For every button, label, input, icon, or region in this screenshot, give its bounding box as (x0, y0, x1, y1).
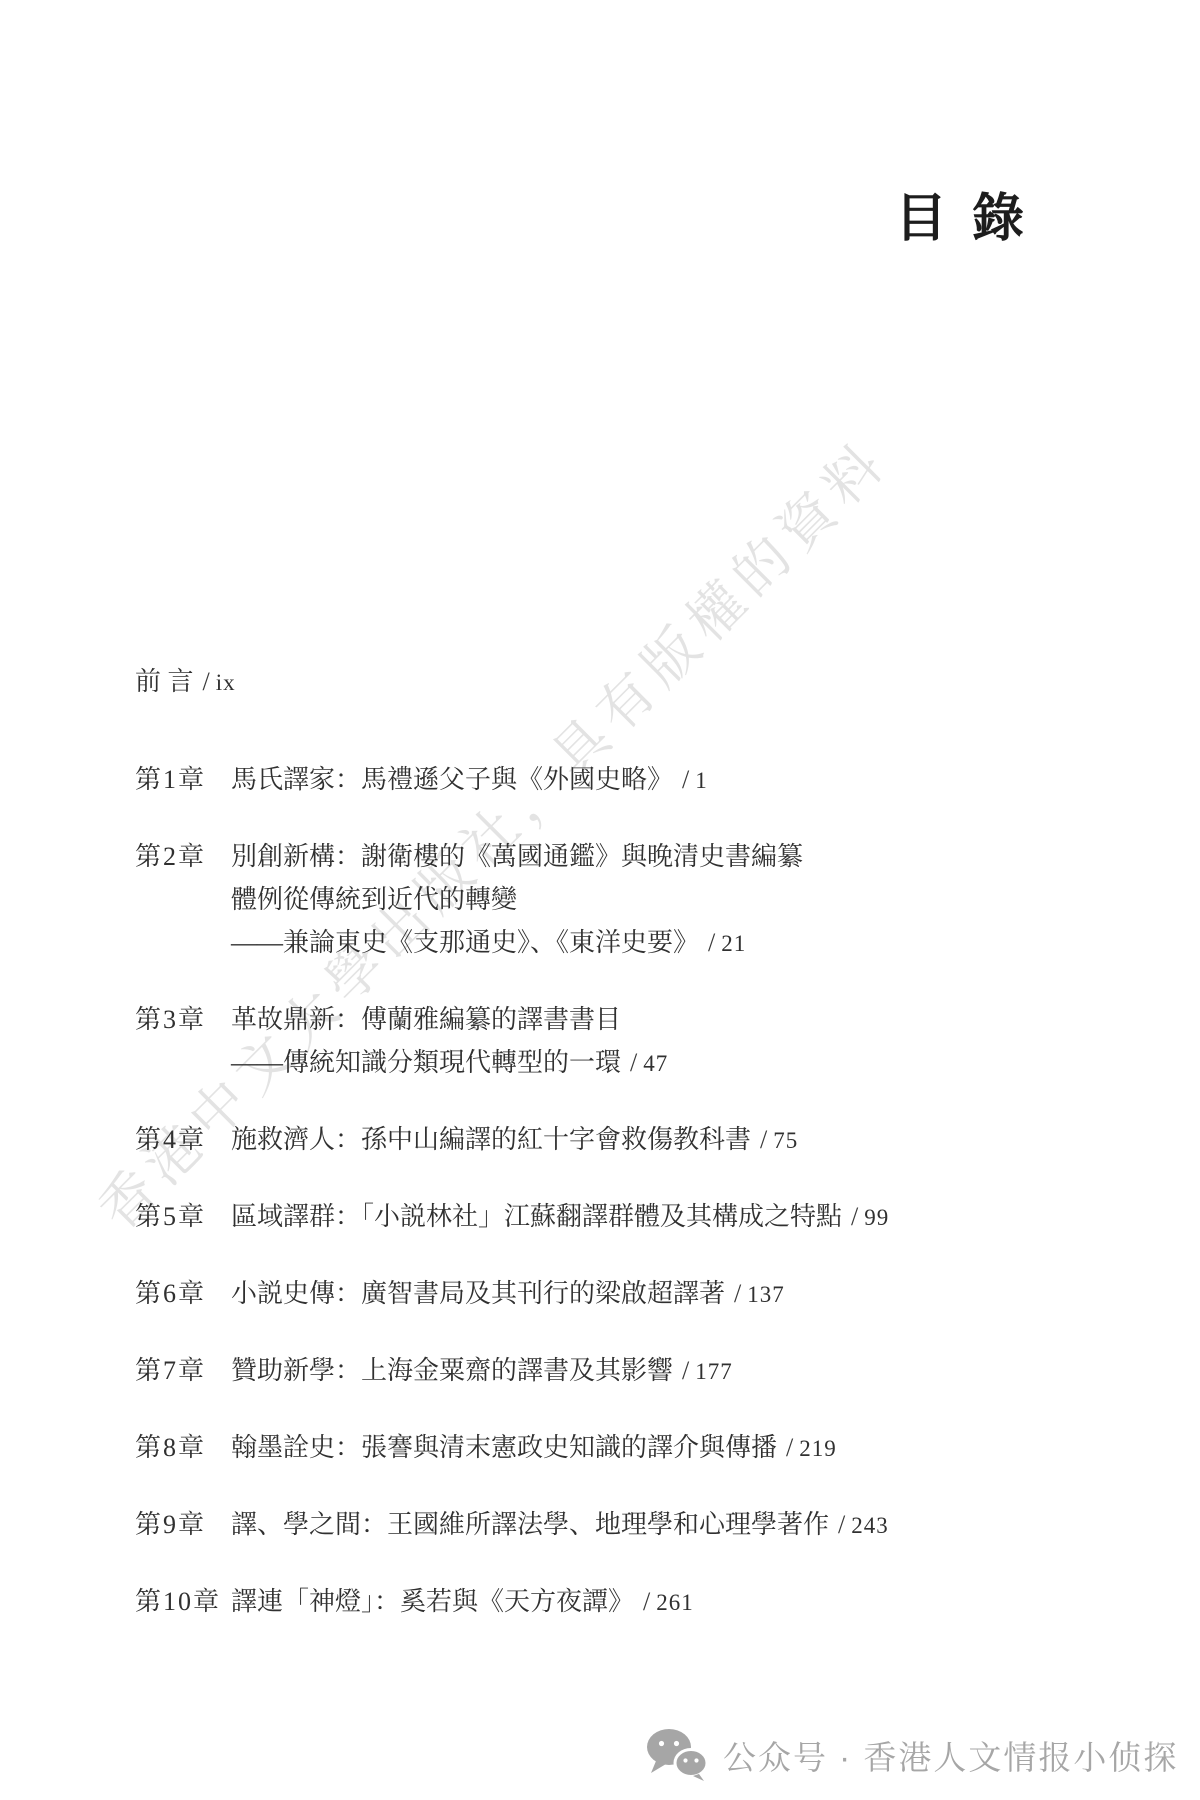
toc-entry-ch9: 第9章 譯、學之間：王國維所譯法學、地理學和心理學著作/243 (135, 1503, 915, 1547)
page-separator: / (203, 667, 210, 696)
toc-entry-ch7: 第7章 贊助新學：上海金粟齋的譯書及其影響/177 (135, 1349, 915, 1393)
page-separator: / (838, 1510, 845, 1539)
page-separator: / (734, 1279, 741, 1308)
chapter-title: 革故鼎新：傅蘭雅編纂的譯書書目 ——傳統知識分類現代轉型的一環/47 (231, 998, 915, 1085)
chapter-title: 施救濟人：孫中山編譯的紅十字會救傷教科書/75 (231, 1118, 915, 1162)
toc-entry-ch2: 第2章 別創新構：謝衛樓的《萬國通鑑》與晚清史書編纂 體例從傳統到近代的轉變 —… (135, 835, 915, 965)
chapter-subtitle-text: ——傳統知識分類現代轉型的一環 (231, 1048, 621, 1077)
chapter-label: 第5章 (135, 1195, 231, 1239)
page-number: 219 (799, 1436, 837, 1461)
wechat-icon (646, 1728, 708, 1782)
page-number: 21 (721, 931, 746, 956)
toc-entry-ch5: 第5章 區域譯群：「小説林社」江蘇翻譯群體及其構成之特點/99 (135, 1195, 915, 1239)
chapter-title-text: 馬氏譯家：馬禮遜父子與《外國史略》 (231, 765, 673, 794)
page-number: 47 (643, 1051, 668, 1076)
page-separator: / (682, 765, 689, 794)
table-of-contents: 前 言/ix 第1章 馬氏譯家：馬禮遜父子與《外國史略》/1 第2章 別創新構：… (135, 660, 915, 1657)
chapter-label: 第1章 (135, 758, 231, 802)
page-number: ix (216, 670, 236, 695)
page-separator: / (708, 928, 715, 957)
chapter-label: 第9章 (135, 1503, 231, 1547)
page-separator: / (630, 1048, 637, 1077)
chapter-label: 第4章 (135, 1118, 231, 1162)
chapter-title: 贊助新學：上海金粟齋的譯書及其影響/177 (231, 1349, 915, 1393)
chapter-title: 翰墨詮史：張謇與清末憲政史知識的譯介與傳播/219 (231, 1426, 915, 1470)
chapter-label: 第6章 (135, 1272, 231, 1316)
chapter-title-text: 區域譯群：「小説林社」江蘇翻譯群體及其構成之特點 (231, 1202, 842, 1231)
page-separator: / (760, 1125, 767, 1154)
toc-entry-preface: 前 言/ix (135, 660, 915, 704)
chapter-title: 譯、學之間：王國維所譯法學、地理學和心理學著作/243 (231, 1503, 915, 1547)
page-number: 243 (851, 1513, 889, 1538)
page-number: 261 (656, 1590, 694, 1615)
chapter-title-text: 譯、學之間：王國維所譯法學、地理學和心理學著作 (231, 1510, 829, 1539)
scanned-toc-page: 目 錄 香港中文大學出版社，具有版權的資料 前 言/ix 第1章 馬氏譯家：馬禮… (0, 0, 1200, 1800)
chapter-title: 小説史傳：廣智書局及其刊行的梁啟超譯著/137 (231, 1272, 915, 1316)
chapter-title-text: 贊助新學：上海金粟齋的譯書及其影響 (231, 1356, 673, 1385)
chapter-title: 譯連「神燈」：奚若與《天方夜譚》/261 (231, 1580, 915, 1624)
toc-entry-ch4: 第4章 施救濟人：孫中山編譯的紅十字會救傷教科書/75 (135, 1118, 915, 1162)
page-number: 99 (864, 1205, 889, 1230)
chapter-title-text: 別創新構：謝衛樓的《萬國通鑑》與晚清史書編纂 (231, 835, 915, 878)
footer-text: 公众号 · 香港人文情报小侦探 (723, 1732, 1178, 1779)
page-title: 目 錄 (895, 194, 1030, 246)
page-separator: / (786, 1433, 793, 1462)
chapter-label: 第3章 (135, 998, 231, 1085)
page-number: 75 (773, 1128, 798, 1153)
toc-entry-ch1: 第1章 馬氏譯家：馬禮遜父子與《外國史略》/1 (135, 758, 915, 802)
chapter-label: 第2章 (135, 835, 231, 965)
chapter-label: 第10章 (135, 1580, 231, 1624)
toc-entry-ch6: 第6章 小説史傳：廣智書局及其刊行的梁啟超譯著/137 (135, 1272, 915, 1316)
chapter-title: 區域譯群：「小説林社」江蘇翻譯群體及其構成之特點/99 (231, 1195, 915, 1239)
chapter-title-text: 翰墨詮史：張謇與清末憲政史知識的譯介與傳播 (231, 1433, 777, 1462)
chapter-title: 馬氏譯家：馬禮遜父子與《外國史略》/1 (231, 758, 915, 802)
page-number: 137 (747, 1282, 785, 1307)
toc-entry-ch3: 第3章 革故鼎新：傅蘭雅編纂的譯書書目 ——傳統知識分類現代轉型的一環/47 (135, 998, 915, 1085)
page-number: 1 (695, 768, 708, 793)
wechat-footer: 公众号 · 香港人文情报小侦探 (646, 1728, 1178, 1782)
chapter-title: 別創新構：謝衛樓的《萬國通鑑》與晚清史書編纂 體例從傳統到近代的轉變 ——兼論東… (231, 835, 915, 965)
page-separator: / (643, 1587, 650, 1616)
chapter-label: 第7章 (135, 1349, 231, 1393)
chapter-subtitle-text: ——兼論東史《支那通史》、《東洋史要》 (231, 928, 699, 957)
page-number: 177 (695, 1359, 733, 1384)
toc-entry-ch8: 第8章 翰墨詮史：張謇與清末憲政史知識的譯介與傳播/219 (135, 1426, 915, 1470)
page-separator: / (682, 1356, 689, 1385)
toc-entry-ch10: 第10章 譯連「神燈」：奚若與《天方夜譚》/261 (135, 1580, 915, 1624)
chapter-title-text: 小説史傳：廣智書局及其刊行的梁啟超譯著 (231, 1279, 725, 1308)
chapter-label: 第8章 (135, 1426, 231, 1470)
chapter-title-text: 體例從傳統到近代的轉變 (231, 878, 915, 921)
page-separator: / (851, 1202, 858, 1231)
chapter-title-text: 譯連「神燈」：奚若與《天方夜譚》 (231, 1587, 634, 1616)
preface-label: 前 言 (135, 667, 194, 696)
chapter-title-text: 革故鼎新：傅蘭雅編纂的譯書書目 (231, 998, 915, 1041)
chapter-title-text: 施救濟人：孫中山編譯的紅十字會救傷教科書 (231, 1125, 751, 1154)
